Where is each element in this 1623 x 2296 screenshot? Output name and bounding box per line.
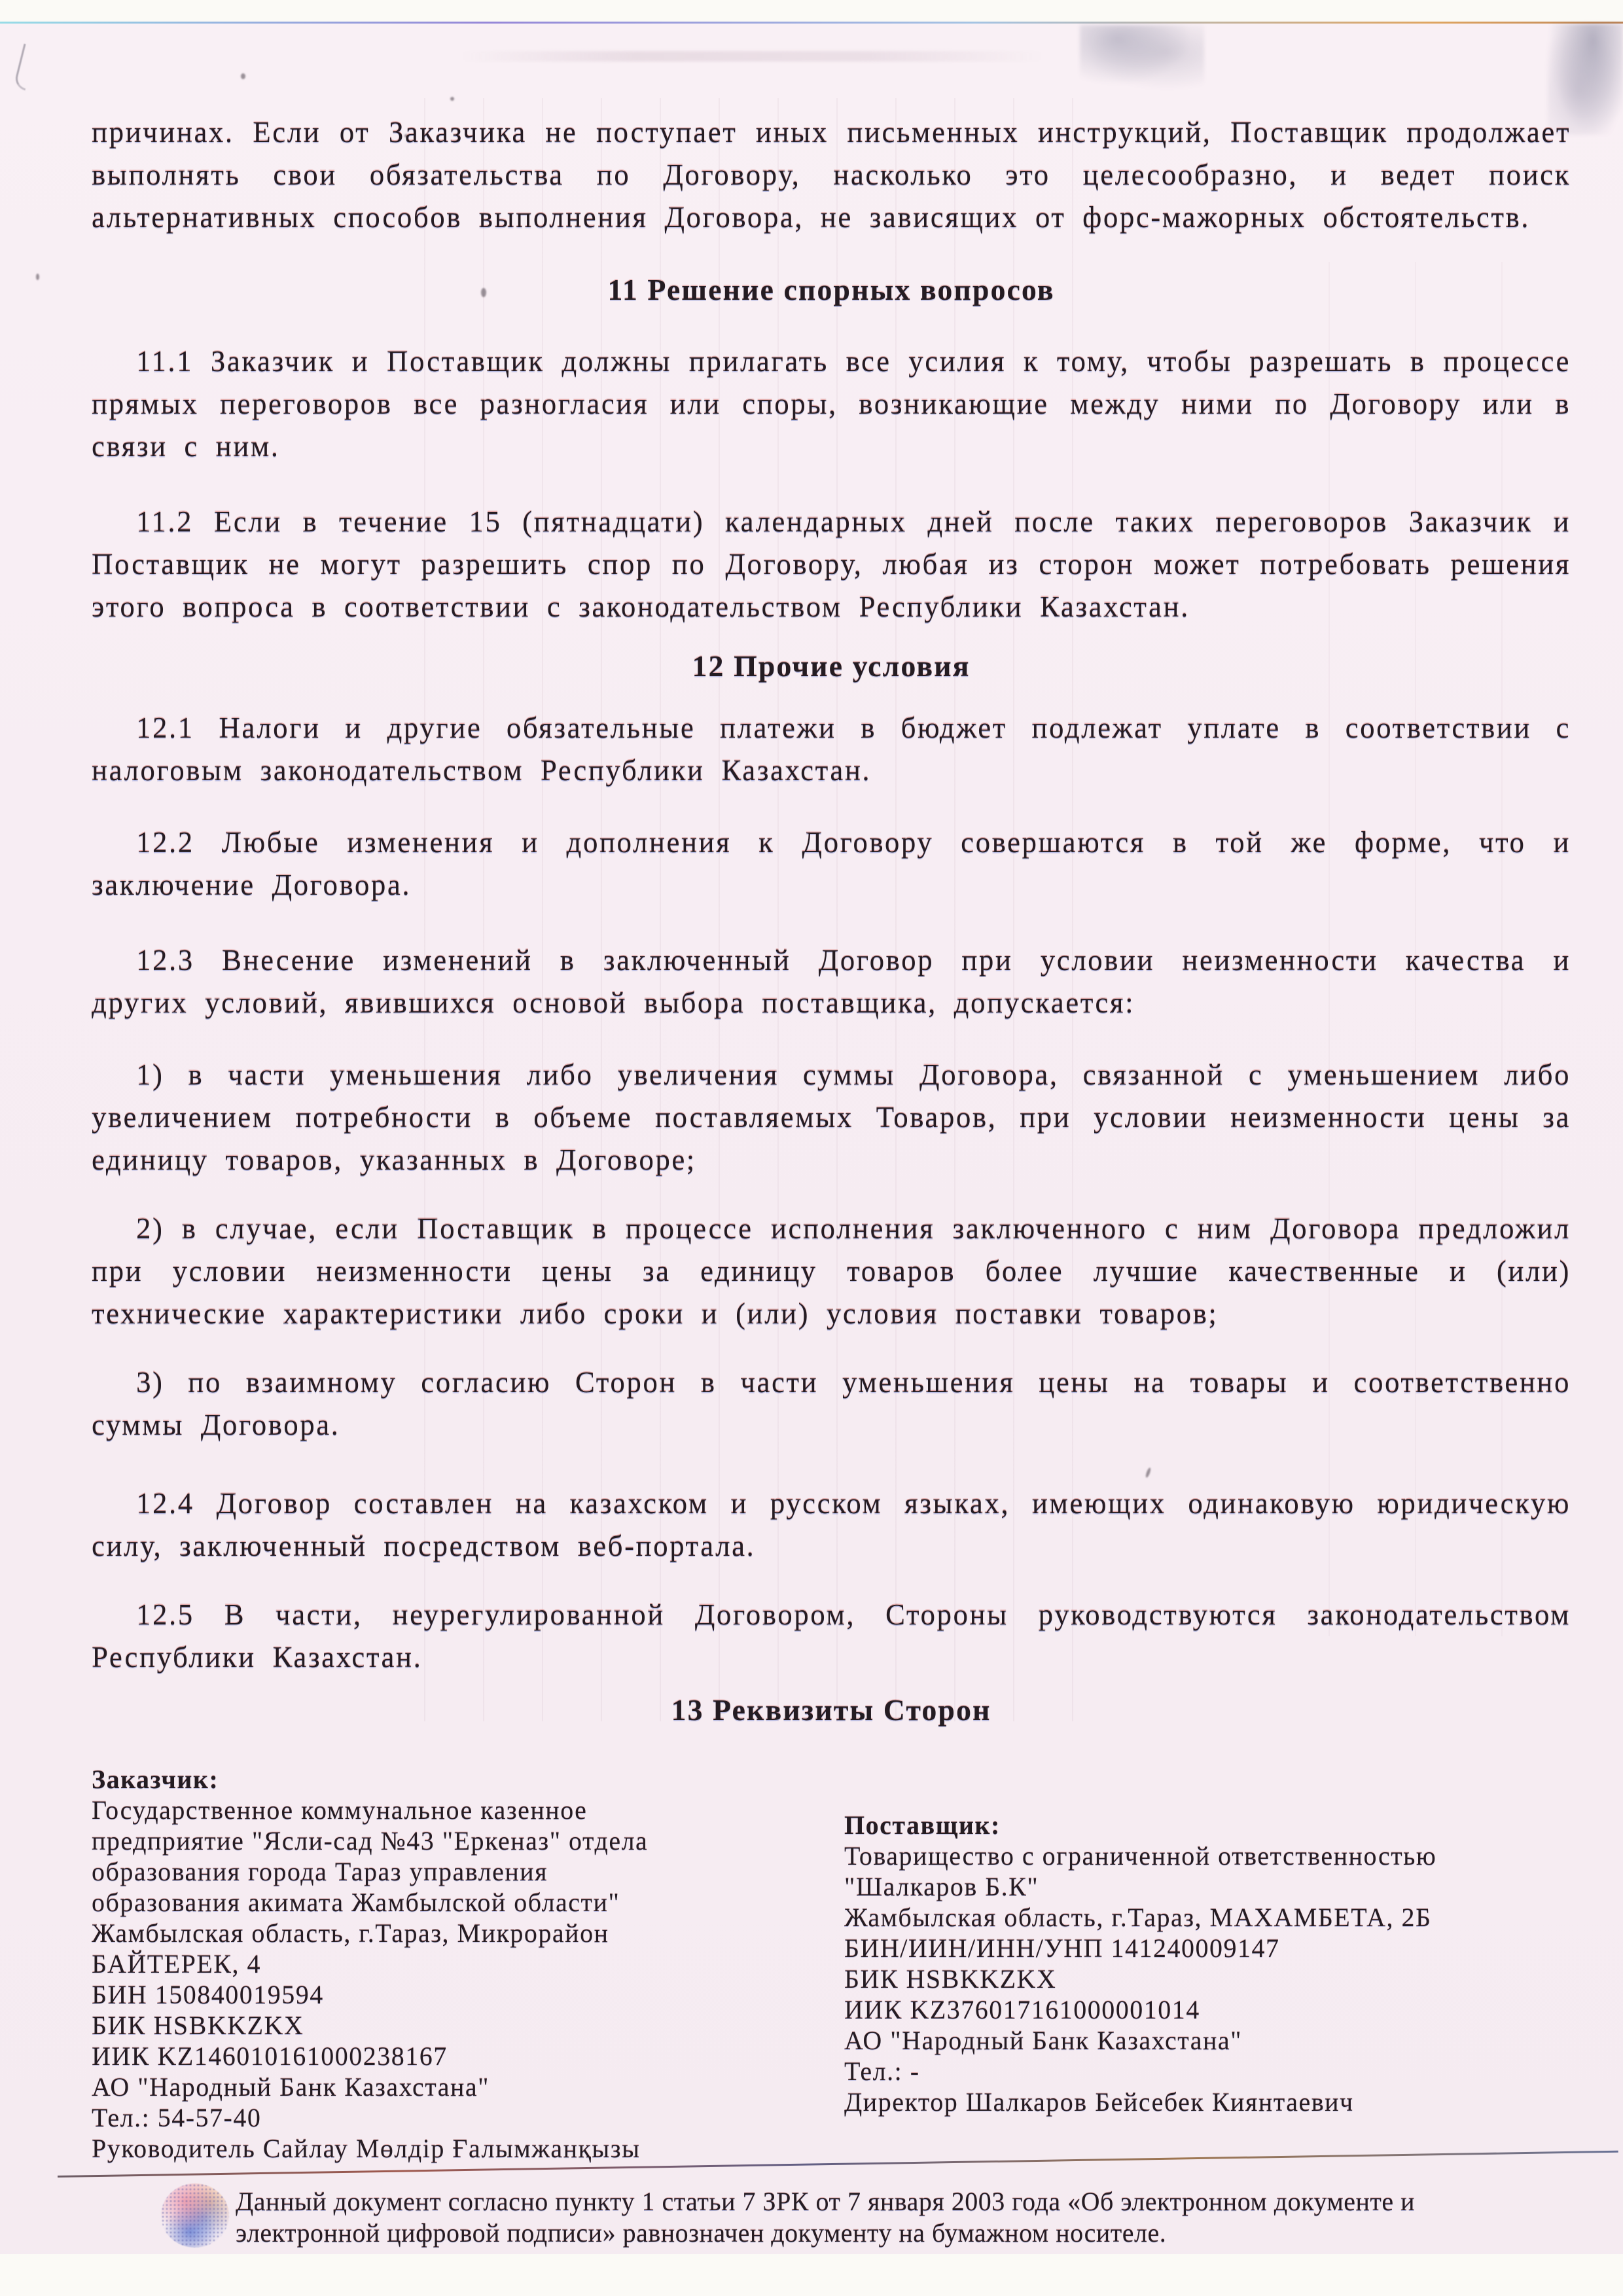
- customer-iik: ИИК KZ146010161000238167: [92, 2041, 844, 2072]
- supplier-label: Поставщик:: [844, 1810, 1571, 1840]
- clause-11-1: 11.1 Заказчик и Поставщик должны прилага…: [92, 340, 1571, 468]
- customer-label: Заказчик:: [92, 1764, 844, 1795]
- customer-line: образования акимата Жамбылской области": [92, 1887, 844, 1918]
- clause-12-3-item-2: 2) в случае, если Поставщик в процессе и…: [92, 1208, 1571, 1335]
- supplier-line: "Шалкаров Б.К": [844, 1871, 1571, 1902]
- clause-12-4: 12.4 Договор составлен на казахском и ру…: [92, 1482, 1571, 1568]
- stamp-halftone-dots: [161, 2183, 229, 2248]
- customer-line: БАЙТЕРЕК, 4: [92, 1948, 844, 1979]
- scan-speck: [36, 274, 39, 280]
- requisites-columns: Заказчик: Государственное коммунальное к…: [92, 1764, 1571, 2164]
- stamp-seal: [161, 2183, 229, 2248]
- clause-12-2: 12.2 Любые изменения и дополнения к Дого…: [92, 821, 1571, 906]
- supplier-bik: БИК HSBKKZKX: [844, 1964, 1571, 1994]
- clause-12-5: 12.5 В части, неурегулированной Договоро…: [92, 1594, 1571, 1679]
- clause-12-3-item-1: 1) в части уменьшения либо увеличения су…: [92, 1054, 1571, 1181]
- clause-11-2: 11.2 Если в течение 15 (пятнадцати) кале…: [92, 501, 1571, 628]
- customer-bank: АО "Народный Банк Казахстана": [92, 2072, 844, 2102]
- customer-requisites: Заказчик: Государственное коммунальное к…: [92, 1764, 844, 2164]
- footer-note-text: Данный документ согласно пункту 1 статьи…: [236, 2186, 1518, 2249]
- customer-bik: БИК HSBKKZKX: [92, 2010, 844, 2041]
- supplier-line: Жамбылская область, г.Тараз, МАХАМБЕТА, …: [844, 1902, 1571, 1933]
- supplier-phone: Тел.: -: [844, 2056, 1571, 2087]
- customer-line: образования города Тараз управления: [92, 1856, 844, 1887]
- section-11-title: 11 Решение спорных вопросов: [92, 268, 1571, 311]
- supplier-bin: БИН/ИИН/ИНН/УНП 141240009147: [844, 1933, 1571, 1964]
- section-13-title: 13 Реквизиты Сторон: [92, 1689, 1571, 1731]
- supplier-director: Директор Шалкаров Бейсебек Киянтаевич: [844, 2087, 1571, 2117]
- supplier-line: Товарищество с ограниченной ответственно…: [844, 1840, 1571, 1871]
- contract-page-content: причинах. Если от Заказчика не поступает…: [92, 0, 1571, 2164]
- clause-12-3: 12.3 Внесение изменений в заключенный До…: [92, 939, 1571, 1024]
- clause-12-1: 12.1 Налоги и другие обязательные платеж…: [92, 707, 1571, 792]
- supplier-iik: ИИК KZ376017161000001014: [844, 1994, 1571, 2025]
- electronic-document-note: Данный документ согласно пункту 1 статьи…: [236, 2186, 1518, 2249]
- customer-line: предприятие "Ясли-сад №43 "Еркеназ" отде…: [92, 1825, 844, 1856]
- supplier-requisites: Поставщик: Товарищество с ограниченной о…: [844, 1764, 1571, 2164]
- clause-10-continuation: причинах. Если от Заказчика не поступает…: [92, 111, 1571, 239]
- customer-phone: Тел.: 54-57-40: [92, 2102, 844, 2133]
- customer-bin: БИН 150840019594: [92, 1979, 844, 2010]
- customer-line: Жамбылская область, г.Тараз, Микрорайон: [92, 1918, 844, 1948]
- clause-12-3-item-3: 3) по взаимному согласию Сторон в части …: [92, 1361, 1571, 1446]
- customer-signatory-struck: Руководитель Сайлау Мөлдір Ғалымжанқызы: [92, 2133, 844, 2164]
- customer-line: Государственное коммунальное казенное: [92, 1795, 844, 1825]
- section-12-title: 12 Прочие условия: [92, 645, 1571, 687]
- supplier-bank: АО "Народный Банк Казахстана": [844, 2025, 1571, 2056]
